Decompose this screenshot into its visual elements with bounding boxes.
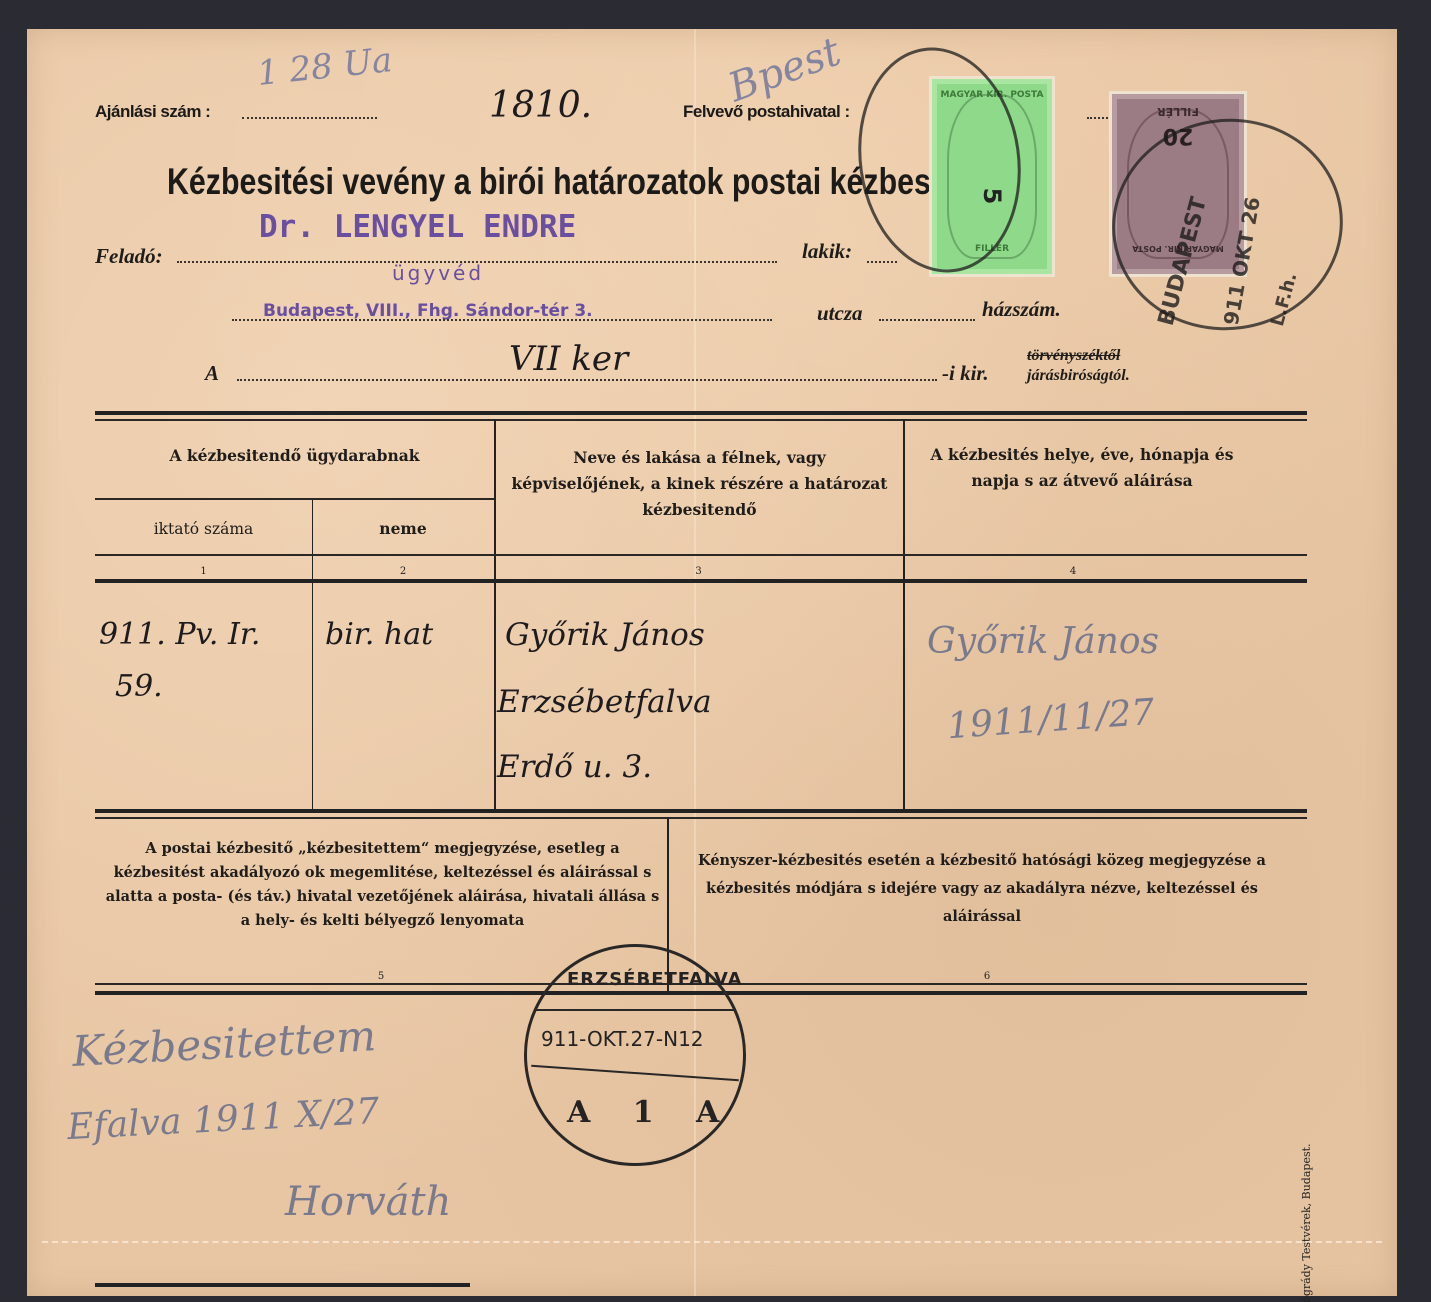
col4-header: A kézbesités helye, éve, hónapja és napj…	[917, 442, 1247, 494]
receiving-office-pencil: Bpest	[723, 29, 847, 112]
delivery-receipt-document: 1 28 Ua Ajánlási szám : 1810. Felvevő po…	[27, 29, 1397, 1296]
table-bottom-rule	[95, 809, 1307, 813]
street-label: utcza	[817, 301, 863, 326]
col6-header: Kényszer-kézbesités esetén a kézbesitő h…	[682, 847, 1282, 931]
address-dots	[232, 319, 772, 321]
postmark-bar	[531, 1065, 739, 1082]
col6-number: 6	[667, 971, 1307, 982]
group-header: A kézbesitendő ügydarabnak	[95, 443, 494, 469]
lives-dots	[867, 261, 897, 263]
postmark-letters: A 1 A	[567, 1095, 735, 1130]
table-top-rule	[95, 411, 1307, 415]
bottom-rule	[95, 1283, 470, 1287]
erzsebetfalva-postmark: ERZSÉBETFALVA 911-OKT.27-N12 A 1 A	[524, 944, 746, 1166]
sender-label: Feladó:	[95, 244, 163, 269]
court-prefix: A	[205, 361, 219, 386]
recipient-town: Erzsébetfalva	[497, 684, 712, 720]
header-bottom-rule	[95, 579, 1307, 583]
delivery-note-line2: Efalva 1911 X/27	[66, 1091, 380, 1148]
col2-header: neme	[312, 516, 494, 542]
sender-address-stamp: Budapest, VIII., Fhg. Sándor-tér 3.	[263, 301, 593, 321]
sender-name-stamp: Dr. LENGYEL ENDRE	[259, 209, 576, 245]
table-divider	[903, 419, 905, 809]
recipient-name: Győrik János	[505, 617, 705, 653]
court-dots	[237, 379, 937, 381]
table-top-rule-2	[95, 419, 1307, 421]
col-number-rule	[95, 554, 1307, 556]
table-divider	[494, 419, 496, 809]
sender-profession-stamp: ügyvéd	[392, 261, 484, 285]
document-type: bir. hat	[325, 617, 433, 652]
recipient-street: Erdő u. 3.	[497, 749, 652, 785]
postmark-place: ERZSÉBETFALVA	[567, 969, 743, 990]
delivery-note-line1: Kézbesitettem	[71, 1011, 377, 1076]
col3-number: 3	[494, 566, 903, 577]
col4-number: 4	[903, 566, 1243, 577]
printer-imprint: Légrády Testvérek, Budapest.	[1300, 1143, 1313, 1302]
recipient-signature: Győrik János	[927, 621, 1159, 662]
col1-header: iktató száma	[95, 516, 312, 542]
street-dots	[879, 319, 975, 321]
registration-dots	[242, 117, 377, 119]
perforation-line	[42, 1241, 1382, 1243]
delivery-note-signature: Horváth	[285, 1179, 451, 1225]
group-header-rule	[95, 498, 494, 500]
court-option-active: járásbiróságtól.	[1027, 367, 1130, 385]
col2-number: 2	[312, 566, 494, 577]
receiving-office-label: Felvevő postahivatal :	[683, 102, 850, 122]
pencil-note-top: 1 28 Ua	[255, 40, 394, 94]
postmark-bar	[535, 1009, 735, 1011]
court-handwritten: VII ker	[509, 339, 628, 379]
file-number-line2: 59.	[115, 669, 163, 704]
col5-header: A postai kézbesitő „kézbesitettem“ megje…	[105, 837, 660, 933]
court-option-struck: törvényszéktől	[1027, 347, 1120, 365]
court-suffix: -i kir.	[942, 361, 989, 386]
house-number-label: házszám.	[982, 297, 1061, 322]
lives-label: lakik:	[802, 239, 852, 264]
stamp-unit: FILLÉR	[1117, 105, 1239, 118]
table-divider	[312, 499, 313, 809]
lower-top-rule	[95, 817, 1307, 819]
col1-number: 1	[95, 566, 312, 577]
signature-date: 1911/11/27	[946, 692, 1156, 747]
col3-header: Neve és lakása a félnek, vagy képviselőj…	[507, 445, 892, 523]
registration-number: 1810.	[489, 85, 592, 126]
file-number-line1: 911. Pv. Ir.	[99, 617, 260, 652]
postmark-date: 911-OKT.27-N12	[541, 1027, 704, 1051]
registration-label: Ajánlási szám :	[95, 102, 210, 122]
